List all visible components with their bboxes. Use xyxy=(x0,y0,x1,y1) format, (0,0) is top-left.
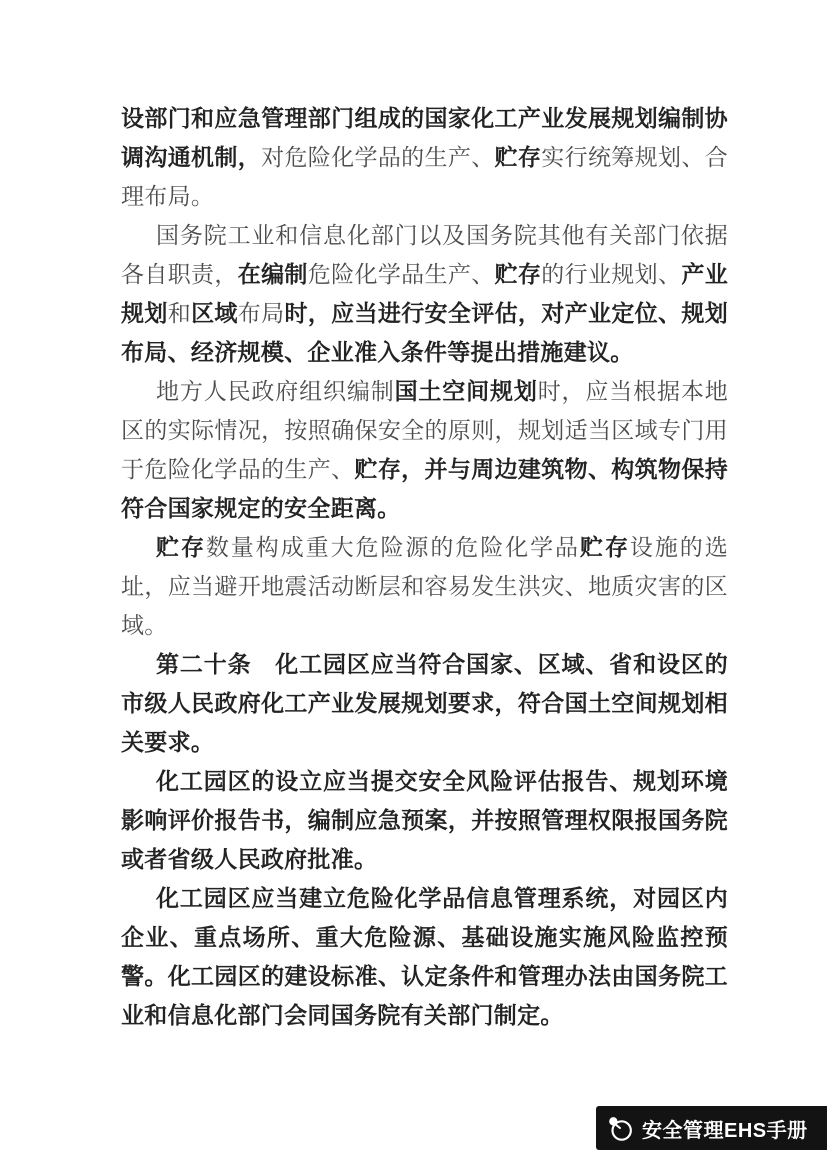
document-body: 设部门和应急管理部门组成的国家化工产业发展规划编制协调沟通机制，对危险化学品的生… xyxy=(121,99,728,1035)
document-page: 设部门和应急管理部门组成的国家化工产业发展规划编制协调沟通机制，对危险化学品的生… xyxy=(0,0,827,1169)
paragraph: 贮存数量构成重大危险源的危险化学品贮存设施的选址，应当避开地震活动断层和容易发生… xyxy=(121,528,728,645)
paragraph: 设部门和应急管理部门组成的国家化工产业发展规划编制协调沟通机制，对危险化学品的生… xyxy=(121,99,728,216)
text-run: 对危险化学品的生产、 xyxy=(261,145,494,170)
bold-text-run: 在编制 xyxy=(238,261,308,287)
bold-text-run: 贮存 xyxy=(495,261,542,287)
bold-text-run: 第二十条 化工园区应当符合国家、区域、省和设区的市级人民政府化工产业发展规划要求… xyxy=(121,651,728,755)
paragraph: 地方人民政府组织编制国土空间规划时，应当根据本地区的实际情况，按照确保安全的原则… xyxy=(121,372,728,528)
bold-text-run: 贮存 xyxy=(495,144,542,170)
text-run: 和 xyxy=(168,301,191,326)
bold-text-run: 化工园区应当建立危险化学品信息管理系统，对园区内企业、重点场所、重大危险源、基础… xyxy=(121,885,728,1028)
text-run: 布局 xyxy=(238,301,285,326)
text-run: 数量构成重大危险源的危险化学品 xyxy=(206,535,580,560)
bold-text-run: 贮存 xyxy=(580,534,630,560)
bold-text-run: 国土空间规划 xyxy=(395,378,538,404)
paragraph: 化工园区应当建立危险化学品信息管理系统，对园区内企业、重点场所、重大危险源、基础… xyxy=(121,879,728,1035)
paragraph: 第二十条 化工园区应当符合国家、区域、省和设区的市级人民政府化工产业发展规划要求… xyxy=(121,645,728,762)
round-emblem-logo-icon xyxy=(605,1113,635,1143)
paragraph: 国务院工业和信息化部门以及国务院其他有关部门依据各自职责，在编制危险化学品生产、… xyxy=(121,216,728,372)
text-run: 的行业规划、 xyxy=(541,262,681,287)
watermark-label: 安全管理EHS手册 xyxy=(642,1114,808,1143)
bold-text-run: 化工园区的设立应当提交安全风险评估报告、规划环境影响评价报告书，编制应急预案，并… xyxy=(121,768,728,872)
bold-text-run: 贮存 xyxy=(156,534,206,560)
paragraph: 化工园区的设立应当提交安全风险评估报告、规划环境影响评价报告书，编制应急预案，并… xyxy=(121,762,728,879)
watermark-badge: 安全管理EHS手册 xyxy=(596,1106,827,1150)
text-run: 地方人民政府组织编制 xyxy=(156,379,395,404)
text-run: 危险化学品生产、 xyxy=(308,262,495,287)
bold-text-run: 区域 xyxy=(191,300,238,326)
